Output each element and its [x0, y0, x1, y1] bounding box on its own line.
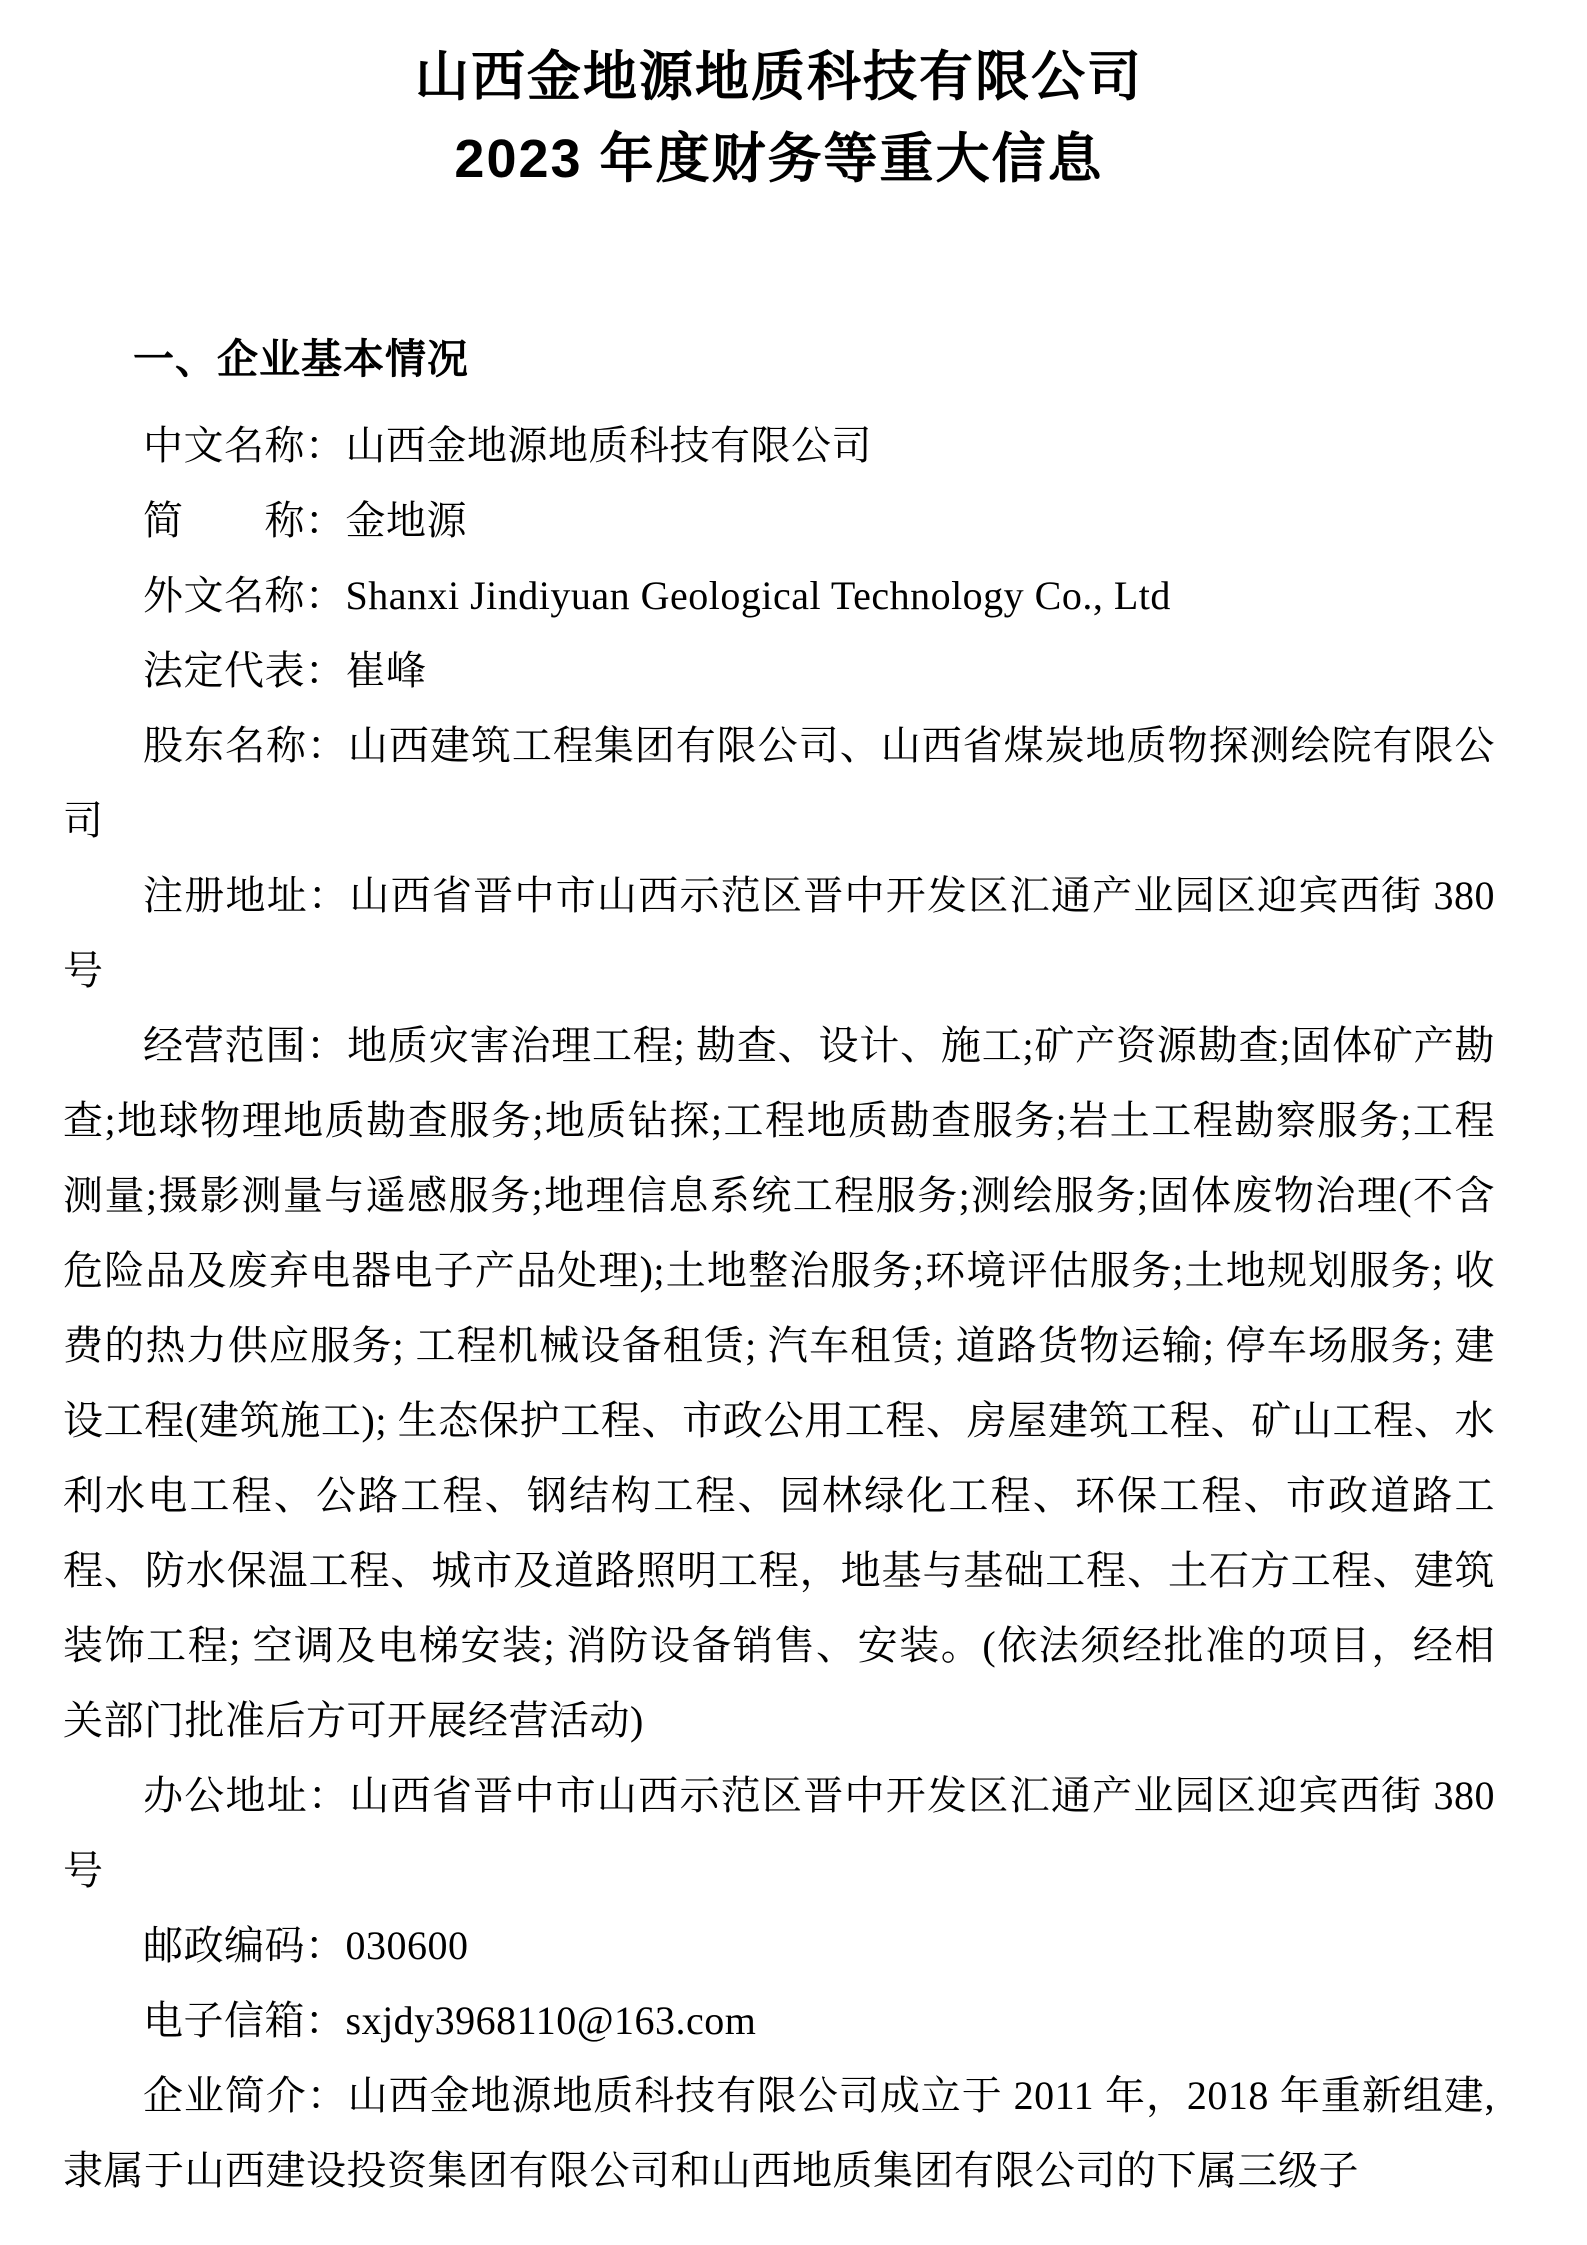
section-heading-basic-info: 一、企业基本情况 — [63, 330, 1495, 388]
para-postal-code: 邮政编码：030600 — [63, 1908, 1495, 1983]
para-chinese-name: 中文名称：山西金地源地质科技有限公司 — [63, 408, 1495, 483]
document-page: 山西金地源地质科技有限公司 2023 年度财务等重大信息 一、企业基本情况 中文… — [0, 0, 1587, 2245]
para-email: 电子信箱：sxjdy3968110@163.com — [63, 1983, 1495, 2058]
para-shareholders: 股东名称：山西建筑工程集团有限公司、山西省煤炭地质物探测绘院有限公司 — [63, 708, 1495, 858]
para-business-scope: 经营范围：地质灾害治理工程; 勘查、设计、施工;矿产资源勘查;固体矿产勘查;地球… — [63, 1008, 1495, 1758]
document-title-line1: 山西金地源地质科技有限公司 — [63, 36, 1495, 118]
para-english-name: 外文名称：Shanxi Jindiyuan Geological Technol… — [63, 558, 1495, 633]
para-registered-address: 注册地址：山西省晋中市山西示范区晋中开发区汇通产业园区迎宾西街 380 号 — [63, 858, 1495, 1008]
para-short-name: 简 称：金地源 — [63, 483, 1495, 558]
section-body: 中文名称：山西金地源地质科技有限公司 简 称：金地源 外文名称：Shanxi J… — [63, 408, 1495, 2208]
para-office-address: 办公地址：山西省晋中市山西示范区晋中开发区汇通产业园区迎宾西街 380 号 — [63, 1758, 1495, 1908]
para-legal-representative: 法定代表：崔峰 — [63, 633, 1495, 708]
para-company-profile: 企业简介：山西金地源地质科技有限公司成立于 2011 年，2018 年重新组建,… — [63, 2058, 1495, 2208]
document-title-line2: 2023 年度财务等重大信息 — [63, 118, 1495, 200]
